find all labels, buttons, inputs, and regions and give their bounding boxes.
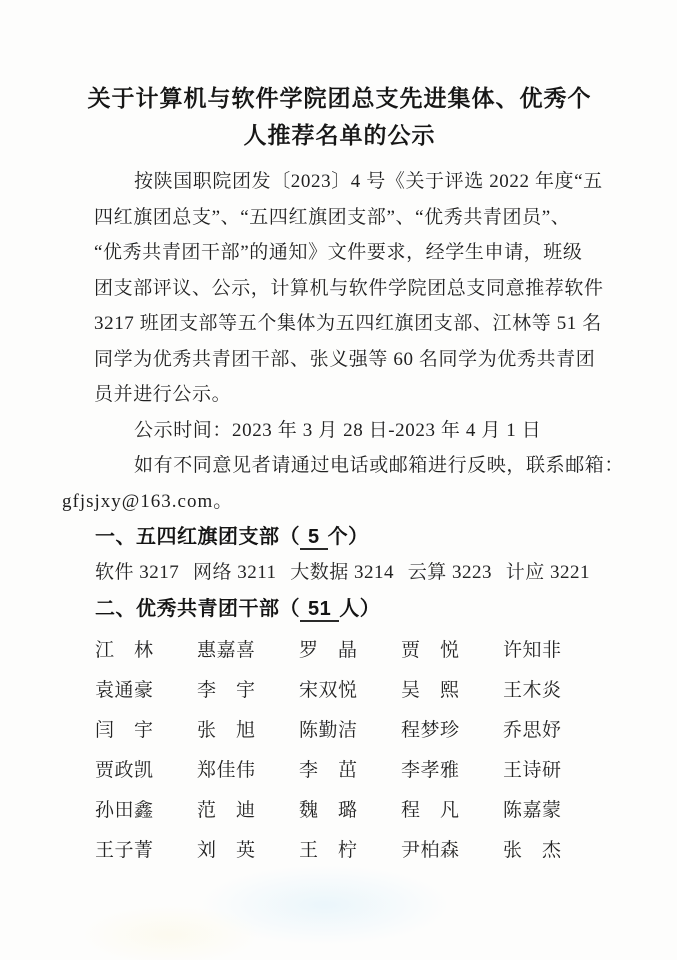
- body-paragraphs: 按陕国职院团发〔2023〕4 号《关于评选 2022 年度“五四红旗团总支”、“…: [62, 164, 617, 519]
- cadre-name: 贾政凯: [95, 751, 197, 791]
- section2-heading-suffix: 人）: [339, 598, 380, 620]
- cadre-name: 袁通豪: [95, 671, 197, 711]
- class-branch-name: 软件 3217: [95, 555, 179, 591]
- name-row: 江 林惠嘉喜罗 晶贾 悦许知非: [95, 631, 605, 671]
- section2-count: 51: [300, 598, 339, 622]
- cadre-name: 王木炎: [503, 671, 605, 711]
- cadre-name: 贾 悦: [401, 631, 503, 671]
- cadre-name: 郑佳伟: [197, 751, 299, 791]
- scan-tint-artifact: [80, 905, 260, 960]
- document-title-line: 关于计算机与软件学院团总支先进集体、优秀个: [72, 80, 607, 117]
- cadre-name: 程 凡: [401, 791, 503, 831]
- body-line: 四红旗团总支”、“五四红旗团支部”、“优秀共青团员”、: [94, 200, 617, 236]
- body-line: “优秀共青团干部”的通知》文件要求，经学生申请，班级: [94, 235, 617, 271]
- body-line: 按陕国职院团发〔2023〕4 号《关于评选 2022 年度“五: [94, 164, 617, 200]
- cadre-name: 程梦珍: [401, 711, 503, 751]
- body-line: 同学为优秀共青团干部、张义强等 60 名同学为优秀共青团: [94, 342, 617, 378]
- section1-heading: 一、五四红旗团支部（5个）: [95, 519, 617, 555]
- cadre-name: 闫 宇: [95, 711, 197, 751]
- name-row: 孙田鑫范 迪魏 璐程 凡陈嘉蒙: [95, 791, 605, 831]
- section2-heading: 二、优秀共青团干部（51人）: [95, 591, 617, 627]
- cadre-name: 王 柠: [299, 831, 401, 871]
- cadre-name: 李 茁: [299, 751, 401, 791]
- section2-heading-prefix: 二、优秀共青团干部（: [95, 598, 300, 620]
- scan-tint-artifact: [200, 865, 450, 945]
- cadre-name: 张 杰: [503, 831, 605, 871]
- scanned-document-page: 关于计算机与软件学院团总支先进集体、优秀个人推荐名单的公示 按陕国职院团发〔20…: [0, 0, 677, 960]
- name-row: 王子菁刘 英王 柠尹柏森张 杰: [95, 831, 605, 871]
- cadre-name: 吴 熙: [401, 671, 503, 711]
- red-flag-branch-list: 软件 3217网络 3211大数据 3214云算 3223计应 3221: [95, 555, 590, 591]
- cadre-name: 乔思妤: [503, 711, 605, 751]
- document-content: 关于计算机与软件学院团总支先进集体、优秀个人推荐名单的公示 按陕国职院团发〔20…: [0, 0, 677, 871]
- cadre-name-list: 江 林惠嘉喜罗 晶贾 悦许知非袁通豪李 宇宋双悦吴 熙王木炎闫 宇张 旭陈勤洁程…: [95, 631, 605, 871]
- cadre-name: 张 旭: [197, 711, 299, 751]
- cadre-name: 王诗研: [503, 751, 605, 791]
- cadre-name: 刘 英: [197, 831, 299, 871]
- cadre-name: 李 宇: [197, 671, 299, 711]
- cadre-name: 范 迪: [197, 791, 299, 831]
- body-line: 3217 班团支部等五个集体为五四红旗团支部、江林等 51 名: [94, 306, 617, 342]
- cadre-name: 陈勤洁: [299, 711, 401, 751]
- body-line: gfjsjxy@163.com。: [62, 484, 617, 520]
- class-branch-name: 计应 3221: [506, 555, 590, 591]
- name-row: 袁通豪李 宇宋双悦吴 熙王木炎: [95, 671, 605, 711]
- name-row: 闫 宇张 旭陈勤洁程梦珍乔思妤: [95, 711, 605, 751]
- section1-heading-prefix: 一、五四红旗团支部（: [95, 526, 300, 548]
- body-line: 员并进行公示。: [94, 377, 617, 413]
- body-line: 如有不同意见者请通过电话或邮箱进行反映，联系邮箱：: [94, 448, 617, 484]
- section1-count: 5: [300, 526, 328, 550]
- cadre-name: 李孝雅: [401, 751, 503, 791]
- class-branch-name: 大数据 3214: [290, 555, 394, 591]
- class-branch-name: 网络 3211: [193, 555, 277, 591]
- cadre-name: 尹柏森: [401, 831, 503, 871]
- cadre-name: 惠嘉喜: [197, 631, 299, 671]
- name-row: 贾政凯郑佳伟李 茁李孝雅王诗研: [95, 751, 605, 791]
- cadre-name: 陈嘉蒙: [503, 791, 605, 831]
- body-line: 团支部评议、公示，计算机与软件学院团总支同意推荐软件: [94, 271, 617, 307]
- cadre-name: 魏 璐: [299, 791, 401, 831]
- body-line: 公示时间：2023 年 3 月 28 日-2023 年 4 月 1 日: [94, 413, 617, 449]
- cadre-name: 孙田鑫: [95, 791, 197, 831]
- document-title: 关于计算机与软件学院团总支先进集体、优秀个人推荐名单的公示: [72, 80, 607, 154]
- cadre-name: 罗 晶: [299, 631, 401, 671]
- cadre-name: 王子菁: [95, 831, 197, 871]
- section1-heading-suffix: 个）: [328, 526, 369, 548]
- document-title-line: 人推荐名单的公示: [72, 117, 607, 154]
- cadre-name: 江 林: [95, 631, 197, 671]
- class-branch-name: 云算 3223: [408, 555, 492, 591]
- cadre-name: 宋双悦: [299, 671, 401, 711]
- cadre-name: 许知非: [503, 631, 605, 671]
